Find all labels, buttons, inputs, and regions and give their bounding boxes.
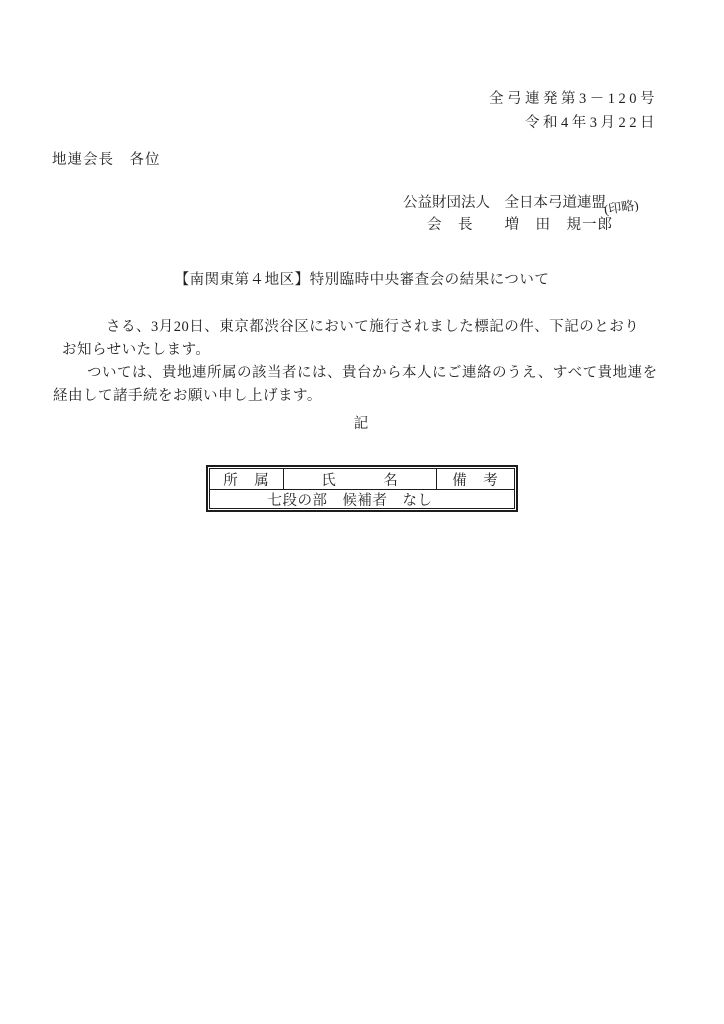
- document-date: 令和4年3月22日: [525, 111, 658, 132]
- body-paragraph1-line1: さる、3月20日、東京都渋谷区において施行されました標記の件、下記のとおり: [106, 315, 639, 336]
- body-paragraph2-line2: 経由して諸手続をお願い申し上げます。: [53, 384, 322, 405]
- document-title: 【南関東第４地区】特別臨時中央審査会の結果について: [0, 268, 724, 289]
- document-page: 全弓連発第3－120号 令和4年3月22日 地連会長 各位 公益財団法人 全日本…: [0, 0, 724, 1024]
- table-result-row: 七段の部 候補者 なし: [210, 490, 514, 508]
- sender-organization: 公益財団法人 全日本弓道連盟: [403, 191, 606, 212]
- seal-omitted-note: (印略): [603, 194, 640, 218]
- addressee-line: 地連会長 各位: [52, 148, 161, 169]
- body-paragraph2-line1: ついては、貴地連所属の該当者には、貴台から本人にご連絡のうえ、すべて貴地連を: [87, 361, 658, 382]
- body-paragraph1-line2: お知らせいたします。: [62, 338, 210, 359]
- column-header-remarks: 備 考: [437, 469, 514, 489]
- results-table-inner: 所 属 氏 名 備 考 七段の部 候補者 なし: [209, 468, 515, 509]
- sender-president-name: 会 長 増 田 規一郎: [427, 213, 613, 234]
- record-marker: 記: [0, 412, 724, 433]
- document-number: 全弓連発第3－120号: [489, 87, 658, 108]
- table-header-row: 所 属 氏 名 備 考: [210, 469, 514, 490]
- column-header-name: 氏 名: [284, 469, 437, 489]
- column-header-affiliation: 所 属: [210, 469, 284, 489]
- results-table: 所 属 氏 名 備 考 七段の部 候補者 なし: [206, 465, 518, 512]
